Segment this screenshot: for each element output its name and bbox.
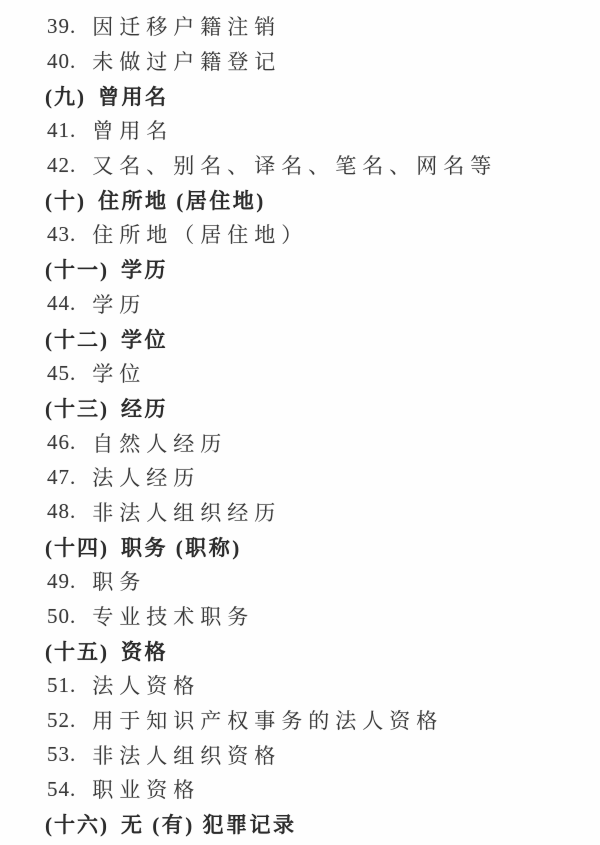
list-item: 40.未做过户籍登记 [47, 44, 580, 79]
list-item: 45.学位 [47, 356, 580, 391]
item-number: 47. [47, 465, 76, 490]
list-item: 46.自然人经历 [47, 425, 580, 460]
item-number: 43. [47, 222, 76, 247]
item-text: 学历 [92, 289, 146, 319]
section-heading: (十三)经历 [45, 391, 580, 426]
item-number: 48. [47, 499, 76, 524]
section-title: 学位 [121, 324, 168, 354]
list-item: 49.职务 [47, 564, 580, 599]
section-number: (十四) [45, 532, 109, 562]
section-title: 经历 [121, 393, 168, 423]
item-number: 41. [47, 118, 76, 143]
section-number: (十五) [45, 636, 109, 666]
document-body: 39.因迁移户籍注销40.未做过户籍登记(九)曾用名41.曾用名42.又名、别名… [47, 9, 580, 842]
item-text: 专业技术职务 [92, 601, 254, 631]
item-text: 因迁移户籍注销 [92, 11, 281, 41]
section-title: 学历 [121, 254, 168, 284]
item-number: 42. [47, 153, 76, 178]
section-number: (十三) [45, 393, 109, 423]
section-title: 资格 [121, 636, 168, 666]
section-heading: (十四)职务 (职称) [45, 529, 580, 564]
item-text: 用于知识产权事务的法人资格 [92, 705, 443, 735]
section-title: 曾用名 [98, 81, 169, 111]
list-item: 52.用于知识产权事务的法人资格 [47, 703, 580, 738]
item-text: 法人经历 [92, 462, 200, 492]
section-title: 无 (有) 犯罪记录 [121, 809, 297, 839]
item-number: 50. [47, 604, 76, 629]
item-text: 未做过户籍登记 [92, 46, 281, 76]
item-text: 又名、别名、译名、笔名、网名等 [92, 150, 497, 180]
section-number: (九) [45, 81, 86, 111]
section-heading: (十六)无 (有) 犯罪记录 [45, 807, 580, 842]
section-number: (十六) [45, 809, 109, 839]
item-number: 49. [47, 569, 76, 594]
list-item: 44.学历 [47, 287, 580, 322]
item-number: 40. [47, 49, 76, 74]
item-number: 51. [47, 673, 76, 698]
section-heading: (十五)资格 [45, 633, 580, 668]
list-item: 43.住所地（居住地） [47, 217, 580, 252]
list-item: 50.专业技术职务 [47, 599, 580, 634]
item-number: 52. [47, 708, 76, 733]
item-text: 学位 [92, 358, 146, 388]
section-title: 住所地 (居住地) [98, 185, 266, 215]
item-text: 非法人组织资格 [92, 740, 281, 770]
item-number: 44. [47, 291, 76, 316]
list-item: 54.职业资格 [47, 772, 580, 807]
item-text: 住所地（居住地） [92, 219, 308, 249]
list-item: 53.非法人组织资格 [47, 737, 580, 772]
list-item: 51.法人资格 [47, 668, 580, 703]
item-number: 53. [47, 742, 76, 767]
item-text: 曾用名 [92, 115, 173, 145]
item-number: 54. [47, 777, 76, 802]
item-text: 法人资格 [92, 670, 200, 700]
section-number: (十) [45, 185, 86, 215]
list-item: 42.又名、别名、译名、笔名、网名等 [47, 148, 580, 183]
item-text: 非法人组织经历 [92, 497, 281, 527]
section-heading: (九)曾用名 [45, 78, 580, 113]
list-item: 39.因迁移户籍注销 [47, 9, 580, 44]
item-number: 39. [47, 14, 76, 39]
item-text: 职业资格 [92, 774, 200, 804]
section-heading: (十)住所地 (居住地) [45, 182, 580, 217]
section-number: (十二) [45, 324, 109, 354]
document-page: 39.因迁移户籍注销40.未做过户籍登记(九)曾用名41.曾用名42.又名、别名… [0, 0, 600, 845]
list-item: 47.法人经历 [47, 460, 580, 495]
section-heading: (十二)学位 [45, 321, 580, 356]
section-heading: (十一)学历 [45, 252, 580, 287]
item-text: 职务 [92, 566, 146, 596]
item-number: 46. [47, 430, 76, 455]
section-title: 职务 (职称) [121, 532, 242, 562]
section-number: (十一) [45, 254, 109, 284]
list-item: 48.非法人组织经历 [47, 495, 580, 530]
item-text: 自然人经历 [92, 428, 227, 458]
item-number: 45. [47, 361, 76, 386]
list-item: 41.曾用名 [47, 113, 580, 148]
